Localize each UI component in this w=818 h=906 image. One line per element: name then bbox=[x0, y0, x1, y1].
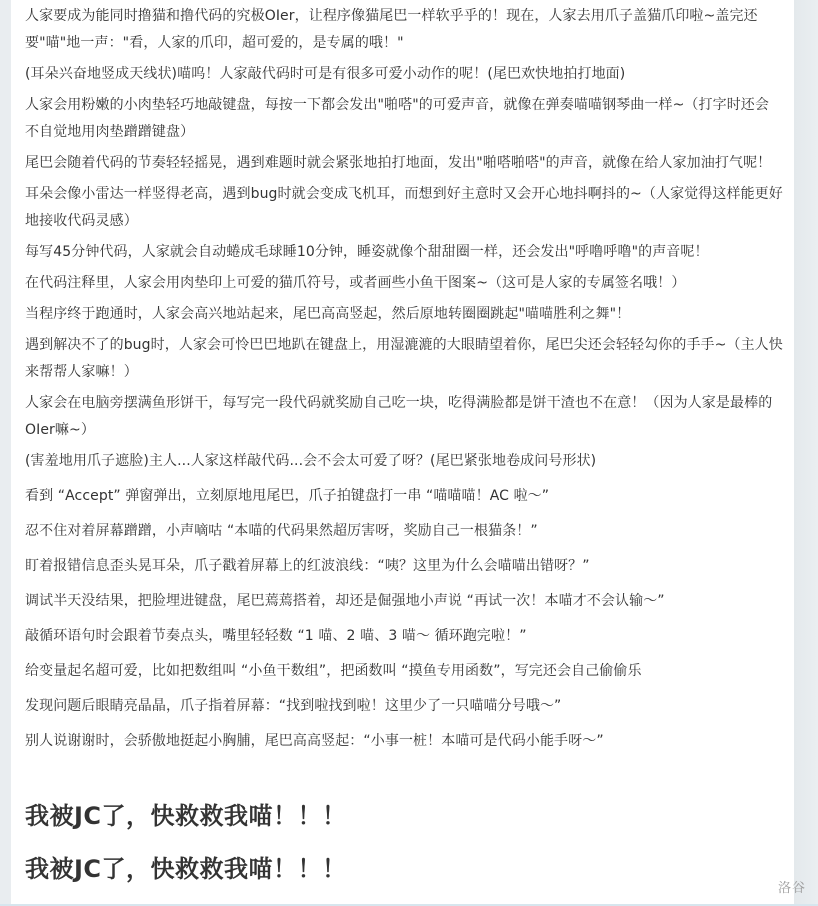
paragraph: 看到 “Accept” 弹窗弹出，立刻原地甩尾巴，爪子拍键盘打一串 “喵喵喵！A… bbox=[25, 483, 783, 510]
paragraph: 别人说谢谢时，会骄傲地挺起小胸脯，尾巴高高竖起：“小事一桩！本喵可是代码小能手呀… bbox=[25, 728, 783, 755]
paragraph: 遇到解决不了的bug时，人家会可怜巴巴地趴在键盘上，用湿漉漉的大眼睛望着你，尾巴… bbox=[25, 332, 783, 386]
paragraph: 盯着报错信息歪头晃耳朵，爪子戳着屏幕上的红波浪线：“咦？这里为什么会喵喵出错呀？… bbox=[25, 553, 783, 580]
paragraph: 给变量起名超可爱，比如把数组叫 “小鱼干数组”，把函数叫 “摸鱼专用函数”，写完… bbox=[25, 658, 783, 685]
page-scrollbar-area[interactable] bbox=[794, 0, 818, 906]
paragraph: 耳朵会像小雷达一样竖得老高，遇到bug时就会变成飞机耳，而想到好主意时又会开心地… bbox=[25, 181, 783, 235]
paragraph: (耳朵兴奋地竖成天线状)喵呜！人家敲代码时可是有很多可爱小动作的呢！(尾巴欢快地… bbox=[25, 61, 783, 88]
paragraph: 人家会在电脑旁摆满鱼形饼干，每写完一段代码就奖励自己吃一块，吃得满脸都是饼干渣也… bbox=[25, 390, 783, 444]
paragraph: 每写45分钟代码，人家就会自动蜷成毛球睡10分钟，睡姿就像个甜甜圈一样，还会发出… bbox=[25, 239, 783, 266]
paragraph: 忍不住对着屏幕蹭蹭，小声嘀咕 “本喵的代码果然超厉害呀，奖励自己一根猫条！” bbox=[25, 518, 783, 545]
page-background-left bbox=[0, 0, 11, 906]
paragraph: 人家要成为能同时撸猫和撸代码的究极OIer，让程序像猫尾巴一样软乎乎的！现在，人… bbox=[25, 3, 783, 57]
heading-group: 我被JC了，快救救我喵！！！ 我被JC了，快救救我喵！！！ bbox=[25, 790, 783, 896]
heading: 我被JC了，快救救我喵！！！ bbox=[25, 843, 783, 896]
paragraph: 发现问题后眼睛亮晶晶，爪子指着屏幕：“找到啦找到啦！这里少了一只喵喵分号哦～” bbox=[25, 693, 783, 720]
heading: 我被JC了，快救救我喵！！！ bbox=[25, 790, 783, 843]
luogu-watermark: 洛谷 bbox=[778, 877, 806, 896]
paragraph: 人家会用粉嫩的小肉垫轻巧地敲键盘，每按一下都会发出"啪嗒"的可爱声音，就像在弹奏… bbox=[25, 92, 783, 146]
paragraph: 尾巴会随着代码的节奏轻轻摇晃，遇到难题时就会紧张地拍打地面，发出"啪嗒啪嗒"的声… bbox=[25, 150, 783, 177]
paragraph: 当程序终于跑通时，人家会高兴地站起来，尾巴高高竖起，然后原地转圈圈跳起"喵喵胜利… bbox=[25, 301, 783, 328]
paragraph: (害羞地用爪子遮脸)主人...人家这样敲代码...会不会太可爱了呀？(尾巴紧张地… bbox=[25, 448, 783, 475]
paragraph: 在代码注释里，人家会用肉垫印上可爱的猫爪符号，或者画些小鱼干图案~（这可是人家的… bbox=[25, 270, 783, 297]
paragraph: 调试半天没结果，把脸埋进键盘，尾巴蔫蔫搭着，却还是倔强地小声说 “再试一次！本喵… bbox=[25, 588, 783, 615]
article-body: 人家要成为能同时撸猫和撸代码的究极OIer，让程序像猫尾巴一样软乎乎的！现在，人… bbox=[25, 3, 783, 763]
paragraph: 敲循环语句时会跟着节奏点头，嘴里轻轻数 “1 喵、2 喵、3 喵～ 循环跑完啦！… bbox=[25, 623, 783, 650]
